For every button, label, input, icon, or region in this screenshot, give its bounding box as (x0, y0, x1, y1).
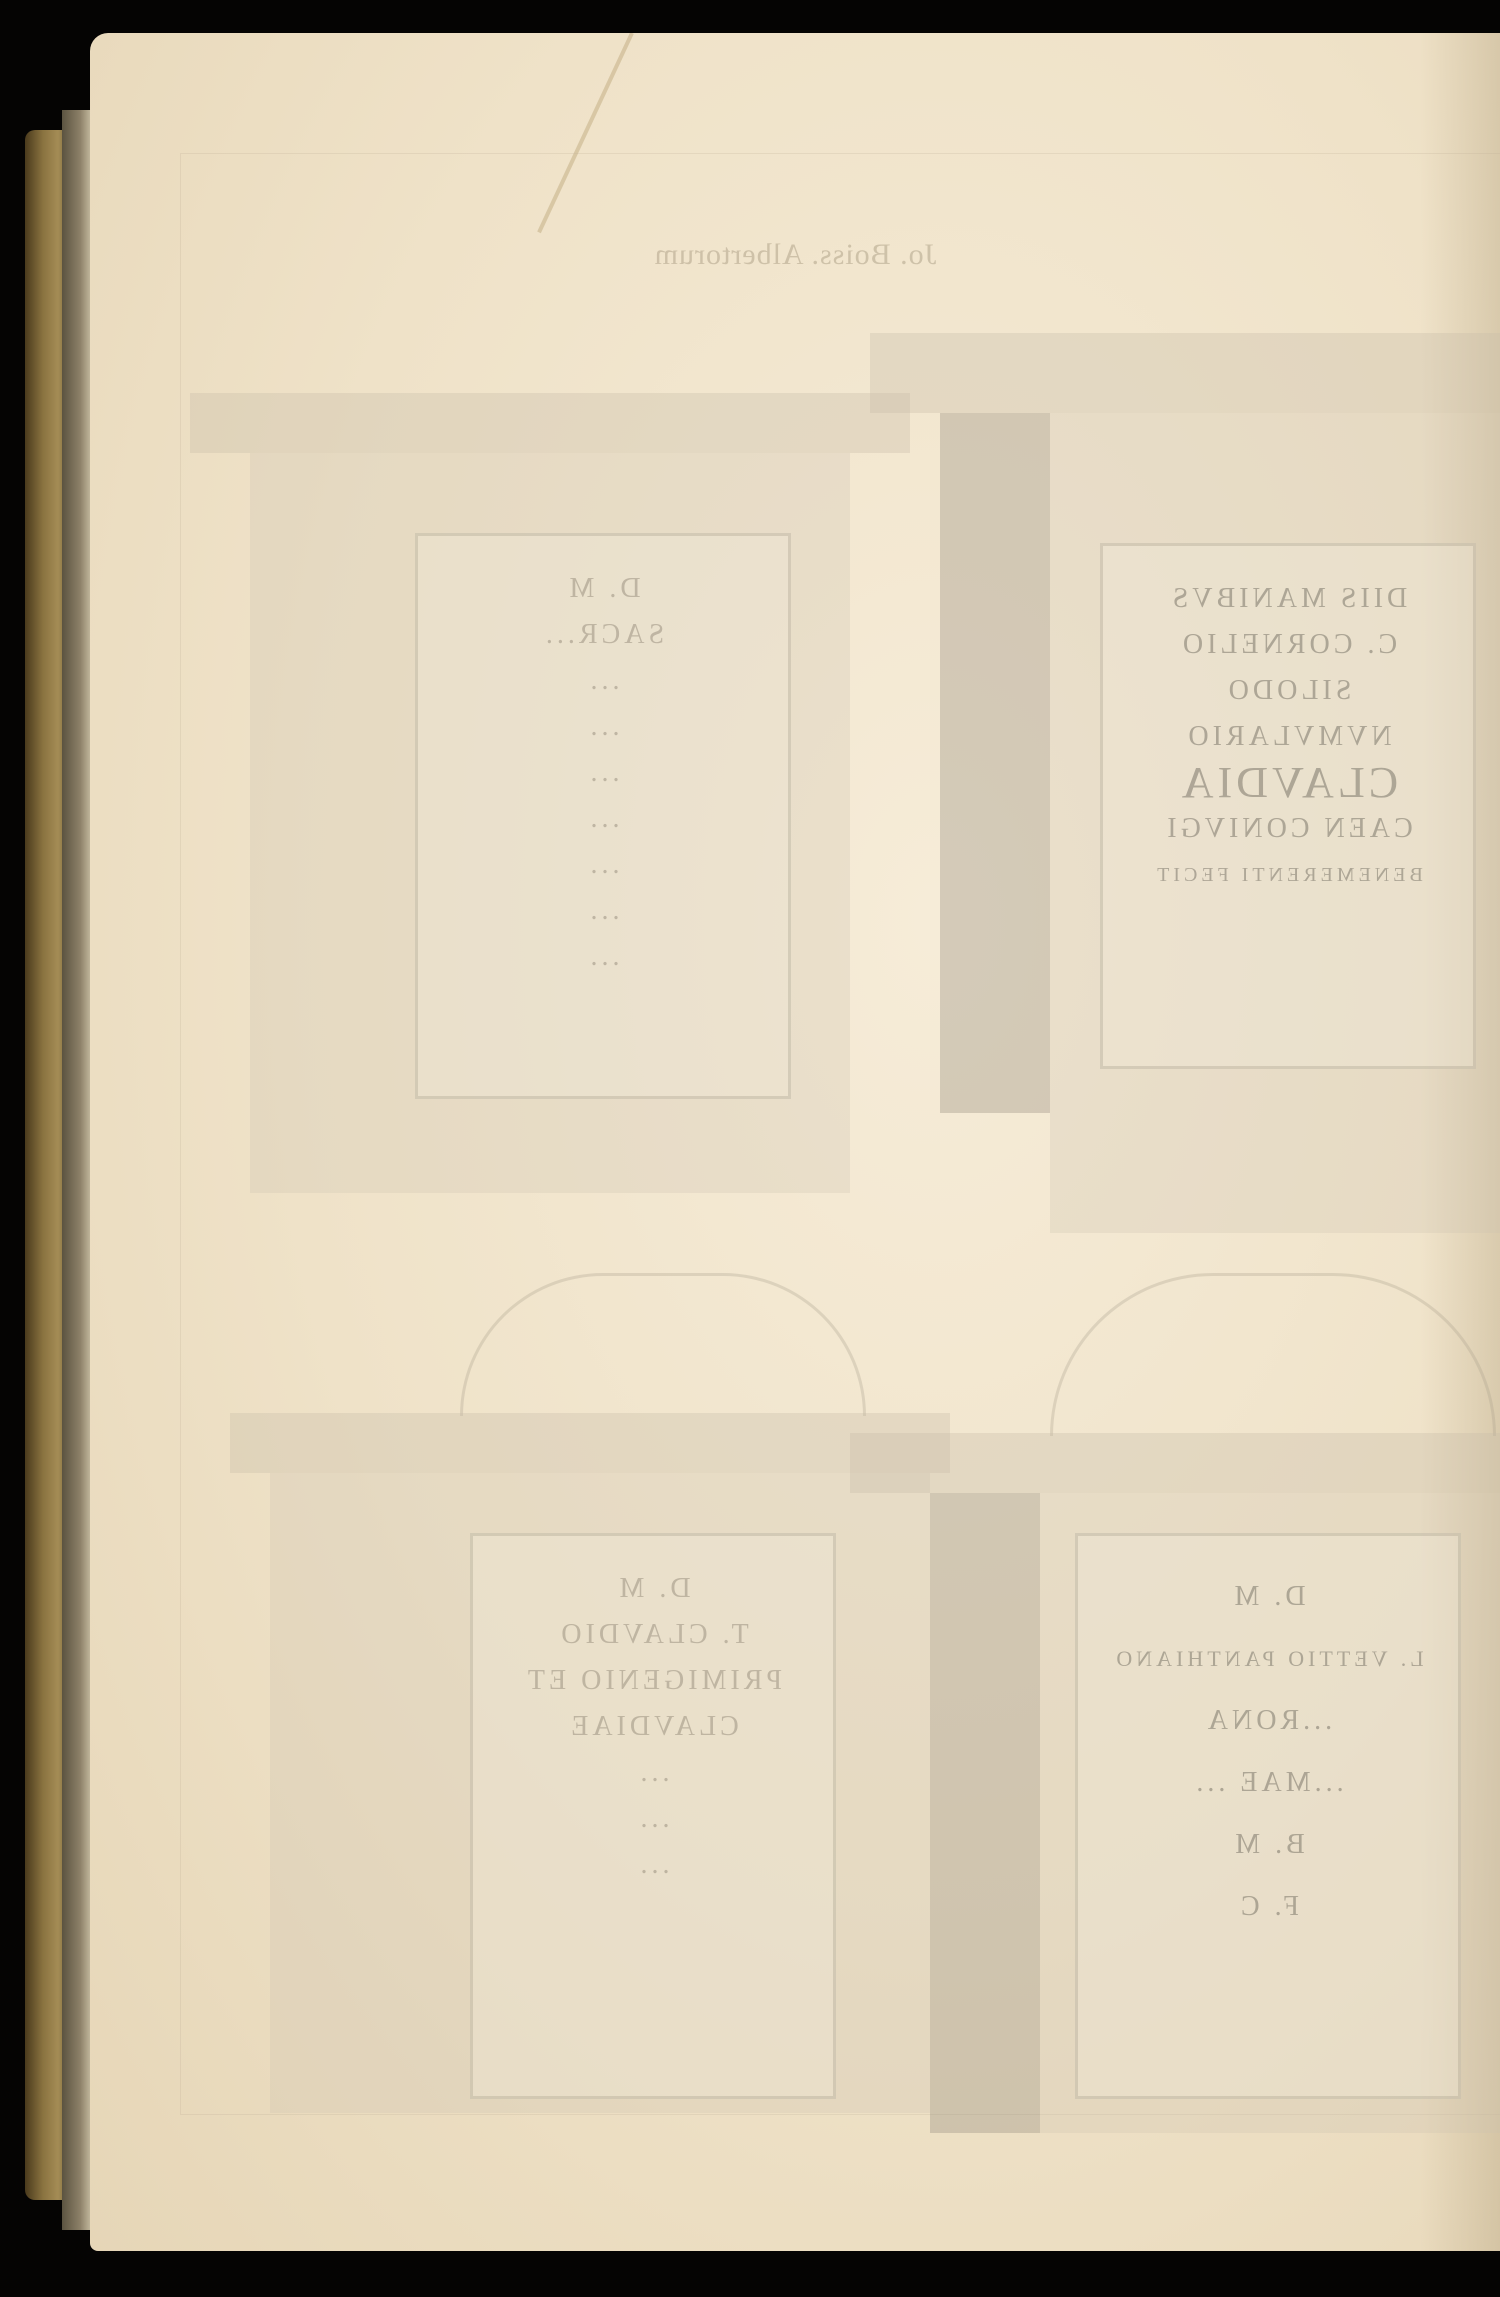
inscription-line: PRIMIGENIO ET (473, 1658, 833, 1704)
inscription-line: F. C (1078, 1876, 1458, 1938)
inscription-line: BENEMERENTI FECIT (1103, 852, 1473, 898)
inscription-text: D. M T. CLAVDIO PRIMIGENIO ET CLAVDIAE .… (473, 1566, 833, 1888)
inscription-line: ... (473, 1796, 833, 1842)
inscription-line: ... (418, 934, 788, 980)
inscription-text: DIIS MANIBVS C. CORNELIO SILODO NVMVLARI… (1103, 576, 1473, 898)
inscription-line: D. M (1078, 1566, 1458, 1628)
inscription-line: CLAVDIAE (473, 1704, 833, 1750)
inscription-line: T. CLAVDIO (473, 1612, 833, 1658)
inscription-line: B. M (1078, 1814, 1458, 1876)
running-header: Jo. Boiss. Albertorum (90, 238, 1500, 272)
monument-cornice (850, 1433, 1500, 1493)
book-page: Jo. Boiss. Albertorum D. M SACR... ... .… (90, 33, 1500, 2251)
inscription-line: SACR... (418, 612, 788, 658)
inscription-line: ... (418, 888, 788, 934)
monument-shadow-side (940, 413, 1050, 1113)
inscription-line: ... (473, 1750, 833, 1796)
monument-pediment (460, 1273, 866, 1416)
monument-shadow-side (930, 1493, 1040, 2133)
inscription-line: ...RONA (1078, 1690, 1458, 1752)
monument-bottom-right: D. M L. VETTIO PANTHIANO ...RONA ...MAE … (850, 1273, 1500, 2153)
inscription-line: ... (418, 658, 788, 704)
inscription-line: D. M (418, 566, 788, 612)
inscription-line: DIIS MANIBVS (1103, 576, 1473, 622)
inscription-line: CAEN CONIVGI (1103, 806, 1473, 852)
monument-bottom-left: D. M T. CLAVDIO PRIMIGENIO ET CLAVDIAE .… (230, 1273, 950, 2133)
monument-pediment (1050, 1273, 1496, 1436)
monument-cornice (870, 333, 1500, 413)
inscription-line: ... (418, 842, 788, 888)
page-block-edge (62, 110, 92, 2230)
inscription-tablet: D. M L. VETTIO PANTHIANO ...RONA ...MAE … (1075, 1533, 1461, 2099)
inscription-line: C. CORNELIO (1103, 622, 1473, 668)
inscription-line: ... (418, 796, 788, 842)
monument-cornice (230, 1413, 950, 1473)
inscription-text: D. M SACR... ... ... ... ... ... ... ... (418, 566, 788, 980)
inscription-text: D. M L. VETTIO PANTHIANO ...RONA ...MAE … (1078, 1566, 1458, 1938)
inscription-line: ... (418, 750, 788, 796)
monument-top-left: D. M SACR... ... ... ... ... ... ... ... (190, 393, 910, 1213)
inscription-line: CLAVDIA (1103, 760, 1473, 806)
inscription-line: NVMVLARIO (1103, 714, 1473, 760)
inscription-tablet: D. M T. CLAVDIO PRIMIGENIO ET CLAVDIAE .… (470, 1533, 836, 2099)
inscription-line: SILODO (1103, 668, 1473, 714)
monument-top-right: DIIS MANIBVS C. CORNELIO SILODO NVMVLARI… (870, 333, 1500, 1233)
inscription-line: ...MAE ... (1078, 1752, 1458, 1814)
inscription-line: ... (473, 1842, 833, 1888)
monument-cornice (190, 393, 910, 453)
inscription-line: L. VETTIO PANTHIANO (1078, 1628, 1458, 1690)
inscription-line: D. M (473, 1566, 833, 1612)
inscription-line: ... (418, 704, 788, 750)
inscription-tablet: D. M SACR... ... ... ... ... ... ... ... (415, 533, 791, 1099)
inscription-tablet: DIIS MANIBVS C. CORNELIO SILODO NVMVLARI… (1100, 543, 1476, 1069)
